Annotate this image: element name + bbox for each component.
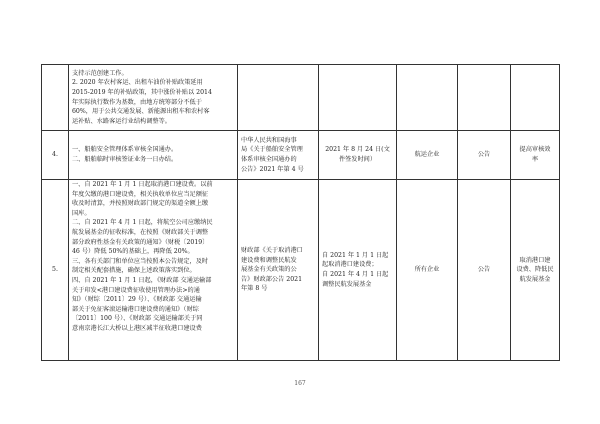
date-line: 自 2021 年 1 月 1 日起	[322, 251, 393, 261]
page-number: 167	[0, 380, 600, 387]
target-group	[397, 65, 458, 131]
publish-method: 公告	[458, 131, 511, 180]
target-group: 航运企业	[397, 131, 458, 180]
publish-method	[458, 65, 511, 131]
effect-line: 取消港口建	[514, 256, 556, 266]
content-line: 年实际执行数作为基数，由地方统筹部分不低于	[72, 98, 234, 108]
content-line: 收及时清算，并按照财政部门规定的渠道全额上缴	[72, 199, 234, 209]
effect-line: 率	[514, 155, 556, 165]
content-line: 四、自 2021 年 1 月 1 日起，《财政部 交通运输部	[72, 276, 234, 286]
basis-line: 公告》2021 年第 4 号	[241, 165, 315, 175]
basis-line: 中华人民共和国海事	[241, 136, 315, 146]
row-number: 4.	[42, 131, 69, 180]
basis-line: 体系审核全国通办的	[241, 155, 315, 165]
policy-content: 一、自 2021 年 1 月 1 日起取消港口建设费。以前 年度欠缴的港口建设费…	[69, 180, 238, 361]
content-line: 〔2011〕100 号）、《财政部 交通运输部关于同	[72, 314, 234, 324]
content-line: 部关于免征客滚运输港口建设费的通知》（财综	[72, 305, 234, 315]
content-line: 一、船舶安全管理体系审核全国通办。	[72, 145, 234, 155]
content-line: 支持示范创建工作。	[72, 69, 234, 79]
date-line: 起取消港口建设费；	[322, 260, 393, 270]
basis-line: 年第 8 号	[241, 284, 315, 294]
effective-date: 自 2021 年 1 月 1 日起 起取消港口建设费； 自 2021 年 4 月…	[319, 180, 397, 361]
row-number: 5.	[42, 180, 69, 361]
policy-content: 支持示范创建工作。 2. 2020 年农村客运、出租车油价补贴政策延用 2015…	[69, 65, 238, 131]
effect-line: 设费、降低民	[514, 265, 556, 275]
content-line: 二、自 2021 年 4 月 1 日起，将航空公司应缴纳民	[72, 218, 234, 228]
content-line: 运补贴、水路客运行业结构调整等。	[72, 117, 234, 127]
table-row: 5. 一、自 2021 年 1 月 1 日起取消港口建设费。以前 年度欠缴的港口…	[42, 180, 560, 361]
basis-line: 展基金有关政策的公	[241, 265, 315, 275]
table-row: 支持示范创建工作。 2. 2020 年农村客运、出租车油价补贴政策延用 2015…	[42, 65, 560, 131]
date-line: 件签发时间）	[322, 155, 393, 165]
content-line: 部分政府性基金有关政策的通知》（财税〔2019〕	[72, 238, 234, 248]
basis-line: 局《关于船舶安全管理	[241, 145, 315, 155]
row-number	[42, 65, 69, 131]
table-row: 4. 一、船舶安全管理体系审核全国通办。 二、船舶临时审核签证业务一日办结。 中…	[42, 131, 560, 180]
basis-line: 财政部《关于取消港口	[241, 246, 315, 256]
policy-basis: 中华人民共和国海事 局《关于船舶安全管理 体系审核全国通办的 公告》2021 年…	[238, 131, 319, 180]
basis-line: 告》财政部公告 2021	[241, 275, 315, 285]
effect	[511, 65, 560, 131]
effect-line: 航发展基金	[514, 275, 556, 285]
policy-content: 一、船舶安全管理体系审核全国通办。 二、船舶临时审核签证业务一日办结。	[69, 131, 238, 180]
content-line: 二、船舶临时审核签证业务一日办结。	[72, 155, 234, 165]
content-line: 意南京港长江大桥以上港区减半征收港口建设费	[72, 324, 234, 334]
document-page: 支持示范创建工作。 2. 2020 年农村客运、出租车油价补贴政策延用 2015…	[0, 0, 600, 424]
effect: 取消港口建 设费、降低民 航发展基金	[511, 180, 560, 361]
date-line: 调整民航发展基金	[322, 280, 393, 290]
content-line: 一、自 2021 年 1 月 1 日起取消港口建设费。以前	[72, 180, 234, 190]
content-line: 46 号）降低 50%的基础上，再降低 20%。	[72, 247, 234, 257]
publish-method: 公告	[458, 180, 511, 361]
policy-table: 支持示范创建工作。 2. 2020 年农村客运、出租车油价补贴政策延用 2015…	[41, 64, 560, 361]
content-line: 2015-2019 年的补贴政策，其中涨价补贴以 2014	[72, 88, 234, 98]
content-line: 制定相关配套措施，确保上述政策落实到位。	[72, 266, 234, 276]
effect-line: 提高审核效	[514, 145, 556, 155]
policy-basis: 财政部《关于取消港口 建设费和调整民航发 展基金有关政策的公 告》财政部公告 2…	[238, 180, 319, 361]
target-group: 所有企业	[397, 180, 458, 361]
content-line: 三、各有关部门和单位应当按照本公告规定，及时	[72, 257, 234, 267]
basis-line: 建设费和调整民航发	[241, 256, 315, 266]
content-line: 年度欠缴的港口建设费，相关执收单位应当足额征	[72, 190, 234, 200]
content-line: 知》（财综〔2011〕29 号）、《财政部 交通运输	[72, 295, 234, 305]
policy-basis	[238, 65, 319, 131]
effective-date: 2021 年 8 月 24 日(文 件签发时间）	[319, 131, 397, 180]
date-line: 自 2021 年 4 月 1 日起	[322, 270, 393, 280]
content-line: 2. 2020 年农村客运、出租车油价补贴政策延用	[72, 78, 234, 88]
date-line: 2021 年 8 月 24 日(文	[322, 145, 393, 155]
content-line: 国库。	[72, 209, 234, 219]
content-line: 关于印发<港口建设费征收使用管理办法>的通	[72, 286, 234, 296]
content-line: 航发展基金的征收标准，在按照《财政部关于调整	[72, 228, 234, 238]
effective-date	[319, 65, 397, 131]
content-line: 60%，用于公共交通发展、新能源出租车和农村客	[72, 107, 234, 117]
effect: 提高审核效 率	[511, 131, 560, 180]
